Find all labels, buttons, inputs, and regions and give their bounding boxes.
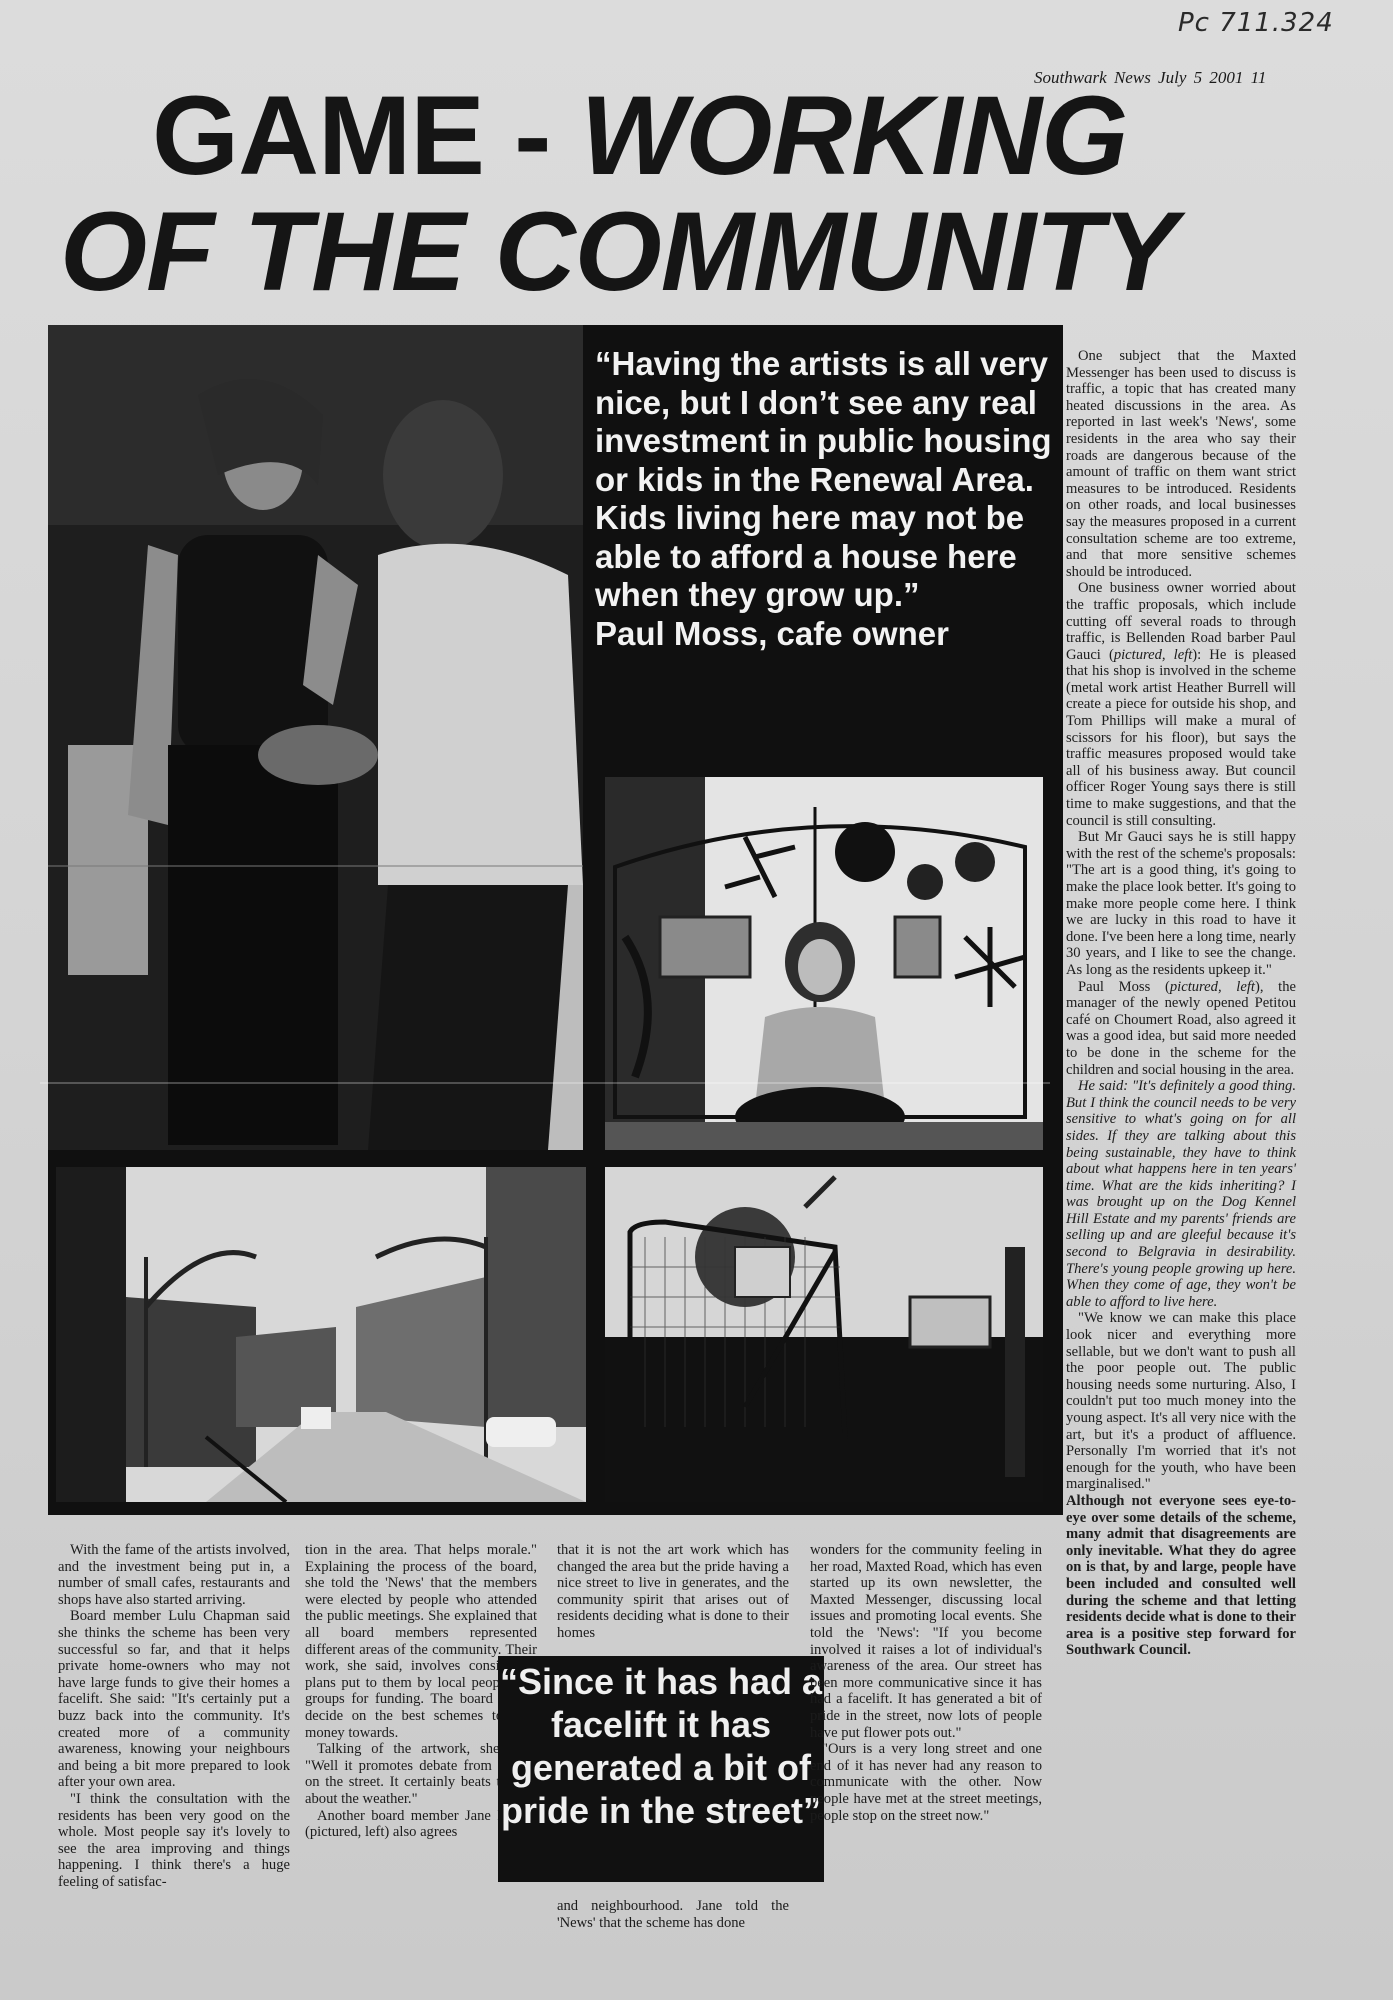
pull-quote-paul-moss: “Having the artists is all very nice, bu… xyxy=(595,345,1055,653)
pull-quote-1-attribution: Paul Moss, cafe owner xyxy=(595,615,1055,654)
headline-working: WORKING xyxy=(581,73,1128,198)
col1-paragraph-3: "I think the consultation with the resid… xyxy=(58,1791,290,1891)
right-col-p2-italic: pictured, left xyxy=(1114,647,1192,663)
pull-quote-1-text: “Having the artists is all very nice, bu… xyxy=(595,345,1055,615)
right-col-paragraph-5: He said: "It's definitely a good thing. … xyxy=(1066,1078,1296,1310)
newspaper-page: Pc 711.324 Southwark News July 5 2001 11… xyxy=(0,0,1393,2000)
col1-paragraph-1: With the fame of the artists involved, a… xyxy=(58,1542,290,1608)
pull-quote-facelift: “Since it has had a facelift it has gene… xyxy=(498,1656,824,1882)
headline: GAME - WORKING OF THE COMMUNITY xyxy=(60,78,1360,310)
archive-mark: Pc 711.324 xyxy=(1178,8,1334,38)
right-col-paragraph-4: Paul Moss (pictured, left), the manager … xyxy=(1066,979,1296,1079)
col4-paragraph-1: wonders for the community feeling in her… xyxy=(810,1542,1042,1741)
article-column-3: that it is not the art work which has ch… xyxy=(557,1542,789,1642)
article-column-right: One subject that the Maxted Messenger ha… xyxy=(1066,348,1296,1659)
fence-photo-image xyxy=(605,1167,1043,1502)
article-column-4: wonders for the community feeling in her… xyxy=(810,1542,1042,1824)
right-col-paragraph-2: One business owner worried about the tra… xyxy=(1066,580,1296,829)
photo-cafe-owners xyxy=(48,325,583,1150)
headline-line-1: GAME - WORKING xyxy=(60,78,1360,194)
right-col-paragraph-7: Although not everyone sees eye-to-eye ov… xyxy=(1066,1493,1296,1659)
photo-metal-gate xyxy=(605,777,1043,1150)
article-column-1: With the fame of the artists involved, a… xyxy=(58,1542,290,1890)
photo-mesh-gates xyxy=(605,1167,1043,1502)
col4-paragraph-2: "Ours is a very long street and one end … xyxy=(810,1741,1042,1824)
col1-paragraph-2: Board member Lulu Chapman said she think… xyxy=(58,1608,290,1791)
street-photo-image xyxy=(56,1167,586,1502)
right-col-paragraph-1: One subject that the Maxted Messenger ha… xyxy=(1066,348,1296,580)
col3-tail: and neighbourhood. Jane told the 'News' … xyxy=(557,1898,789,1931)
col3-paragraph-1: that it is not the art work which has ch… xyxy=(557,1542,789,1642)
cafe-photo-image xyxy=(48,325,583,1150)
right-col-paragraph-3: But Mr Gauci says he is still happy with… xyxy=(1066,829,1296,978)
right-col-p4-a: Paul Moss ( xyxy=(1078,979,1170,995)
photo-street-scene xyxy=(56,1167,586,1502)
right-col-p4-italic: pictured, left xyxy=(1170,979,1255,995)
headline-game: GAME - xyxy=(152,73,581,198)
right-col-p2-b: ): He is pleased that his shop is involv… xyxy=(1066,647,1296,829)
right-col-paragraph-6: "We know we can make this place look nic… xyxy=(1066,1310,1296,1493)
headline-line-2: OF THE COMMUNITY xyxy=(60,194,1360,310)
paper-fold-line xyxy=(40,1082,1050,1084)
gate-photo-image xyxy=(605,777,1043,1150)
